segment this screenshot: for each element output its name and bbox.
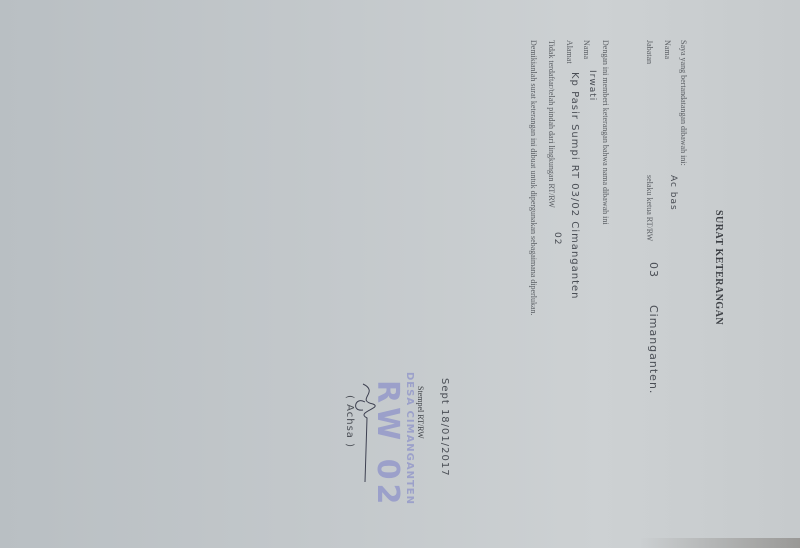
signature-name: ( Achsa ) <box>344 395 355 448</box>
stamp-label: Stempel RT/RW <box>416 386 425 439</box>
closing-text: Demikianlah surat keterangan ini dibuat … <box>529 40 538 316</box>
signer-location: Cimanganten. <box>647 305 660 394</box>
body-rw-number: 02 <box>552 232 562 245</box>
subject-address-label: Alamat <box>565 40 574 64</box>
subject-address-value: Kp Pasir Sumpi RT 03/02 Cimanganten <box>569 72 580 300</box>
body-text: Tidak terdaftar/telah pindah dari lingku… <box>547 40 556 208</box>
date-value: Sept 18/01/2017 <box>439 378 450 477</box>
signer-name-label: Nama <box>663 40 672 59</box>
signer-position-value: selaku ketua RT/RW <box>645 175 654 241</box>
document-page: SURAT KETERANGAN Saya yang bertandatanga… <box>0 0 800 548</box>
signer-name-value: Ac bas <box>668 175 678 211</box>
photo-edge-shadow <box>0 538 800 548</box>
stamp-village: DESA CIMANGANTEN <box>404 372 415 505</box>
statement-text: Dengan ini memberi keterangan bahwa nama… <box>601 40 610 225</box>
subject-name-label: Nama <box>582 40 591 59</box>
signer-rt-number: 03 <box>647 262 660 278</box>
subject-name-value: Irwati <box>587 70 597 101</box>
signer-position-label: Jabatan <box>645 40 654 64</box>
intro-text: Saya yang bertandatangan dibawah ini: <box>679 40 688 166</box>
document-title: SURAT KETERANGAN <box>713 210 724 325</box>
